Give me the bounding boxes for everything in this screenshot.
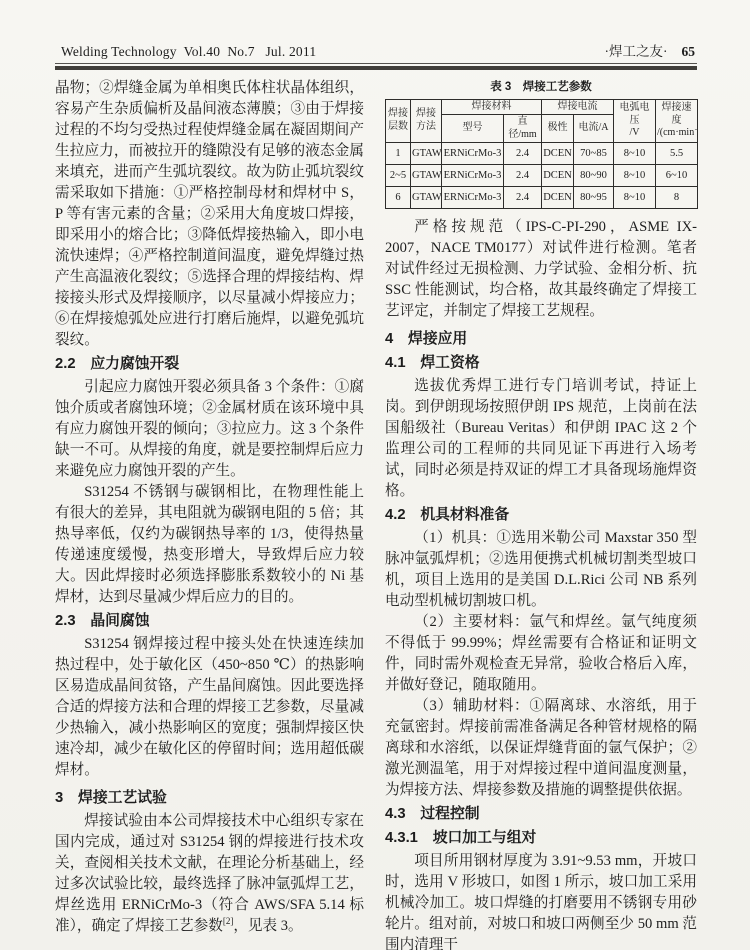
table-cell: 2.4 xyxy=(504,187,542,209)
right-column: 表 3 焊接工艺参数 焊接 层数 焊接 方法 焊接材料 焊接电流 电弧电压 /V… xyxy=(385,78,697,950)
paragraph-welding-test-text: 焊接试验由本公司焊接技术中心组织专家在国内完成，通过对 S31254 钢的焊接进… xyxy=(55,813,364,934)
table-caption: 表 3 焊接工艺参数 xyxy=(385,80,697,94)
paragraph-s31254-vs-carbon-steel: S31254 不锈钢与碳钢相比，在物理性能上有很大的差异，其电阻就为碳钢电阻的 … xyxy=(55,482,364,608)
table-cell: 80~95 xyxy=(574,187,614,209)
table-cell: 5.5 xyxy=(656,143,698,165)
table-cell: 8~10 xyxy=(614,165,656,187)
running-head: Welding Technology Vol.40 No.7 Jul. 2011… xyxy=(55,44,697,63)
table-cell: 1 xyxy=(386,143,411,165)
journal-title: Welding Technology Vol.40 No.7 Jul. 2011 xyxy=(61,44,316,60)
heading-3-welding-process-test: 3 焊接工艺试验 xyxy=(55,788,364,809)
header-rule-thin xyxy=(55,63,697,64)
table-cell: 6~10 xyxy=(656,165,698,187)
table-cell: DCEN xyxy=(542,143,574,165)
paragraph-main-materials: （2）主要材料：氩气和焊丝。氩气纯度须不得低于 99.99%；焊丝需要有合格证和… xyxy=(385,612,697,696)
table-cell: 2.4 xyxy=(504,165,542,187)
paragraph-auxiliary-materials: （3）辅助材料：①隔离球、水溶纸，用于充氩密封。焊接前需准备满足各种管材规格的隔… xyxy=(385,696,697,801)
table-cell: ERNiCrMo-3 xyxy=(442,143,504,165)
table-cell: GTAW xyxy=(411,143,442,165)
table-cell: 8~10 xyxy=(614,187,656,209)
table-header-cell: 型号 xyxy=(442,115,504,143)
table-cell: 8 xyxy=(656,187,698,209)
paragraph-inspection-standards: 严格按规范（IPS-C-PI-290，ASME IX-2007，NACE TM0… xyxy=(385,217,697,322)
running-head-right: ·焊工之友·65 xyxy=(605,44,696,60)
heading-2-3-intergranular-corrosion: 2.3 晶间腐蚀 xyxy=(55,611,364,632)
table-cell: GTAW xyxy=(411,165,442,187)
table-header-row-1: 焊接 层数 焊接 方法 焊接材料 焊接电流 电弧电压 /V 焊接速度 /(cm·… xyxy=(386,99,698,115)
paragraph-welding-test-tail: ，见表 3。 xyxy=(233,918,302,934)
table-cell: ERNiCrMo-3 xyxy=(442,187,504,209)
heading-4-welding-application: 4 焊接应用 xyxy=(385,329,697,350)
heading-4-3-1-groove-machining: 4.3.1 坡口加工与组对 xyxy=(385,828,697,849)
journal-page: Welding Technology Vol.40 No.7 Jul. 2011… xyxy=(0,0,750,950)
heading-4-1-welder-qualification: 4.1 焊工资格 xyxy=(385,353,697,374)
table-cell: 2~5 xyxy=(386,165,411,187)
table-row: 1 GTAW ERNiCrMo-3 2.4 DCEN 70~85 8~10 5.… xyxy=(386,143,698,165)
heading-4-2-equipment-material-preparation: 4.2 机具材料准备 xyxy=(385,505,697,526)
paragraph-groove-machining: 项目所用钢材厚度为 3.91~9.53 mm，开坡口时，选用 V 形坡口，如图 … xyxy=(385,851,697,950)
page-number: 65 xyxy=(682,44,696,59)
table-cell: GTAW xyxy=(411,187,442,209)
table-cell: 8~10 xyxy=(614,143,656,165)
table-header-cell: 焊接材料 xyxy=(442,99,542,115)
heading-4-3-process-control: 4.3 过程控制 xyxy=(385,804,697,825)
table-cell: ERNiCrMo-3 xyxy=(442,165,504,187)
left-column: 晶物；②焊缝金属为单相奥氏体柱状晶体组织，容易产生杂质偏析及晶间液态薄膜；③由于… xyxy=(55,78,364,950)
paragraph-welder-qualification: 选拔优秀焊工进行专门培训考试，持证上岗。到伊朗现场按照伊朗 IPS 规范，上岗前… xyxy=(385,376,697,502)
table-header-cell: 焊接速度 /(cm·min⁻¹) xyxy=(656,99,698,143)
table-header-cell: 焊接 方法 xyxy=(411,99,442,143)
table-header-cell: 电流/A xyxy=(574,115,614,143)
table-row: 2~5 GTAW ERNiCrMo-3 2.4 DCEN 80~90 8~10 … xyxy=(386,165,698,187)
table-header-cell: 焊接电流 xyxy=(542,99,614,115)
table-cell: 6 xyxy=(386,187,411,209)
header-rule-thick xyxy=(55,66,697,70)
table-cell: DCEN xyxy=(542,165,574,187)
welding-parameters-table: 焊接 层数 焊接 方法 焊接材料 焊接电流 电弧电压 /V 焊接速度 /(cm·… xyxy=(385,99,698,210)
table-cell: 80~90 xyxy=(574,165,614,187)
paragraph-scc-conditions: 引起应力腐蚀开裂必须具备 3 个条件：①腐蚀介质或者腐蚀环境；②金属材质在该环境… xyxy=(55,377,364,482)
table-cell: DCEN xyxy=(542,187,574,209)
paragraph-crater-crack-measures: 晶物；②焊缝金属为单相奥氏体柱状晶体组织，容易产生杂质偏析及晶间液态薄膜；③由于… xyxy=(55,78,364,351)
table-header-cell: 直径/mm xyxy=(504,115,542,143)
paragraph-intergranular-corrosion: S31254 钢焊接过程中接头处在快速连续加热过程中，处于敏化区（450~850… xyxy=(55,634,364,781)
table-header-cell: 电弧电压 /V xyxy=(614,99,656,143)
paragraph-equipment: （1）机具：①选用米勒公司 Maxstar 350 型脉冲氩弧焊机；②选用便携式… xyxy=(385,528,697,612)
table-cell: 2.4 xyxy=(504,143,542,165)
two-column-body: 晶物；②焊缝金属为单相奥氏体柱状晶体组织，容易产生杂质偏析及晶间液态薄膜；③由于… xyxy=(55,78,697,950)
paragraph-welding-test: 焊接试验由本公司焊接技术中心组织专家在国内完成，通过对 S31254 钢的焊接进… xyxy=(55,811,364,937)
citation-ref-2: [2] xyxy=(223,916,234,926)
table-row: 6 GTAW ERNiCrMo-3 2.4 DCEN 80~95 8~10 8 xyxy=(386,187,698,209)
table-header-cell: 焊接 层数 xyxy=(386,99,411,143)
heading-2-2-stress-corrosion-cracking: 2.2 应力腐蚀开裂 xyxy=(55,354,364,375)
table-cell: 70~85 xyxy=(574,143,614,165)
column-name: ·焊工之友· xyxy=(605,44,668,59)
table-header-cell: 极性 xyxy=(542,115,574,143)
